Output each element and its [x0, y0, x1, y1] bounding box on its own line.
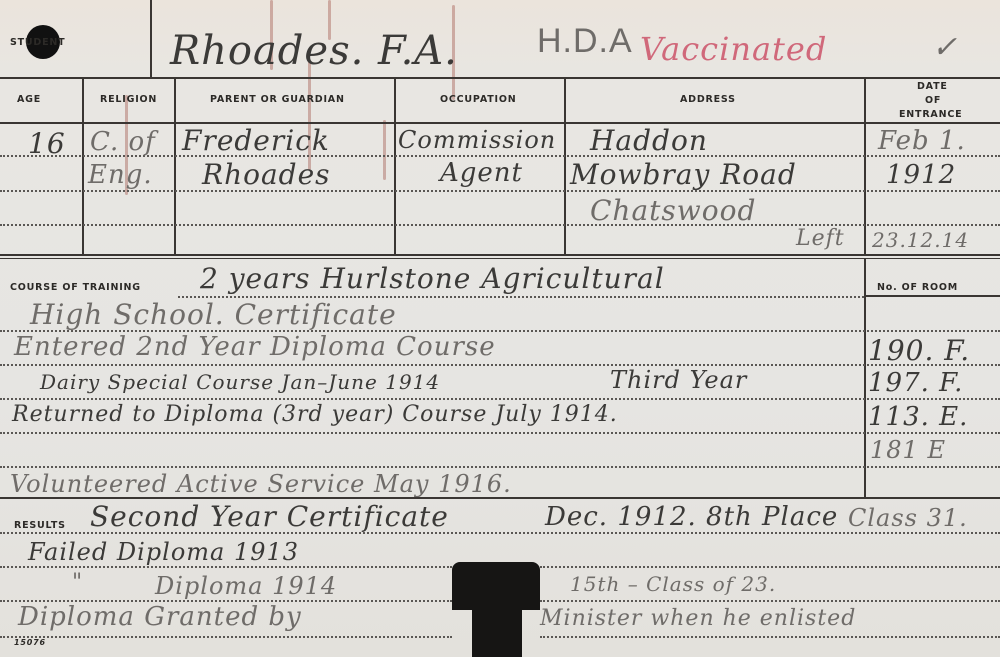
course-line-1: 2 years Hurlstone Agricultural: [200, 262, 665, 295]
col-date-line3: ENTRANCE: [899, 109, 962, 120]
room-entry-3: 113. E.: [868, 402, 968, 432]
room-entry-4: 181 E: [870, 436, 946, 464]
course-line-5: Returned to Diploma (3rd year) Course Ju…: [12, 402, 618, 427]
col-religion: RELIGION: [100, 94, 157, 105]
results-line4-right: Minister when he enlisted: [540, 606, 856, 631]
tick-mark: ✓: [932, 30, 958, 65]
student-name: Rhoades. F.A.: [170, 28, 458, 74]
results-line4-left: Diploma Granted by: [18, 602, 302, 632]
entrance-line2: 1912: [886, 160, 956, 190]
row-line: [540, 600, 1000, 602]
header-rule: [0, 77, 1000, 79]
col-date-line2: OF: [925, 95, 941, 106]
col-divider: [564, 78, 566, 254]
row-line: [0, 466, 1000, 468]
details-rule: [0, 254, 1000, 256]
parent-line2: Rhoades: [202, 158, 331, 191]
course-line-4: Dairy Special Course Jan–June 1914: [40, 370, 440, 394]
room-entry-1: 190. F.: [868, 334, 970, 367]
cutout-top: [452, 562, 540, 610]
col-divider: [864, 78, 866, 254]
course-rule: [0, 497, 1000, 499]
student-label: STUDENT: [10, 37, 65, 48]
results-line3-ditto: ": [72, 570, 83, 595]
row-line: [0, 636, 452, 638]
age-value: 16: [28, 127, 66, 160]
course-line-2: High School. Certificate: [30, 298, 397, 331]
col-divider: [174, 78, 176, 254]
cutout-stem: [472, 606, 522, 657]
row-line: [0, 566, 452, 568]
annotation-vaccinated: Vaccinated: [640, 30, 827, 68]
left-note: Left: [796, 226, 845, 251]
form-number: 15076: [14, 638, 46, 647]
header-divider: [150, 0, 152, 78]
room-label: No. OF ROOM: [877, 282, 958, 293]
results-line1-left: Second Year Certificate: [90, 500, 449, 533]
details-rule-double: [0, 258, 1000, 259]
address-line3: Chatswood: [590, 194, 756, 227]
room-entry-2: 197. F.: [868, 368, 963, 398]
annotation-hda: H.D.A: [537, 22, 633, 61]
col-occupation: OCCUPATION: [440, 94, 516, 105]
column-header-rule: [0, 122, 1000, 124]
row-line: [0, 432, 1000, 434]
row-line: [0, 190, 1000, 192]
row-line: [540, 566, 1000, 568]
col-parent-guardian: PARENT OR GUARDIAN: [210, 94, 345, 105]
results-line2: Failed Diploma 1913: [28, 538, 299, 566]
results-label: RESULTS: [14, 520, 66, 531]
results-line3-right: 15th – Class of 23.: [570, 572, 776, 596]
col-divider: [394, 78, 396, 254]
row-line: [0, 224, 1000, 226]
col-divider: [82, 78, 84, 254]
parent-line1: Frederick: [182, 124, 330, 157]
results-line1-right: Dec. 1912. 8th Place: [545, 502, 838, 532]
address-line1: Haddon: [590, 124, 708, 157]
room-header-rule: [864, 295, 1000, 297]
room-divider: [864, 258, 866, 498]
stain-mark: [383, 120, 386, 180]
address-line2: Mowbray Road: [570, 158, 797, 191]
occupation-line2: Agent: [440, 158, 523, 188]
col-address: ADDRESS: [680, 94, 736, 105]
row-line: [0, 398, 1000, 400]
col-age: AGE: [17, 94, 41, 105]
religion-line2: Eng.: [88, 160, 153, 190]
occupation-line1: Commission: [398, 126, 556, 154]
third-year-note: Third Year: [610, 366, 747, 394]
col-date-line1: DATE: [917, 81, 948, 92]
card-tab-cutout: [452, 562, 540, 657]
entrance-line1: Feb 1.: [878, 126, 966, 156]
left-date: 23.12.14: [872, 228, 969, 252]
religion-line1: C. of: [90, 127, 156, 157]
course-label: COURSE OF TRAINING: [10, 282, 141, 293]
results-line3-text: Diploma 1914: [155, 572, 337, 600]
student-record-card: STUDENT Rhoades. F.A. H.D.A Vaccinated ✓…: [0, 0, 1000, 657]
course-line-3: Entered 2nd Year Diploma Course: [14, 332, 496, 362]
course-line-7: Volunteered Active Service May 1916.: [10, 470, 512, 498]
results-line1-class: Class 31.: [848, 504, 968, 532]
row-line: [540, 636, 1000, 638]
row-line: [0, 364, 1000, 366]
